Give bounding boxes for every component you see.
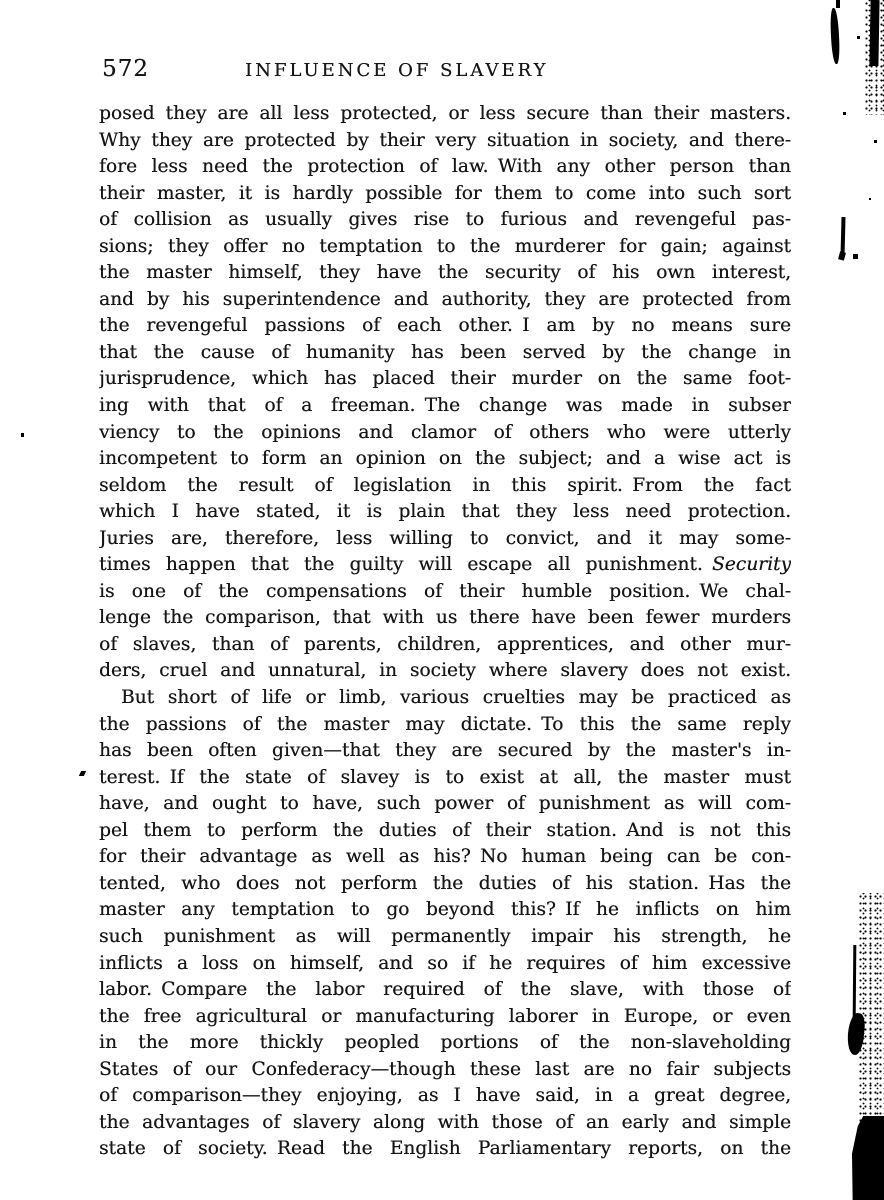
text-line: States of our Confederacy—though these l…	[99, 1057, 791, 1084]
text-line: has been often given—that they are secur…	[99, 738, 791, 765]
text-line: the revengeful passions of each other. I…	[99, 313, 791, 340]
scan-artifact-edge-noise-bottom	[858, 893, 884, 1128]
text-line: and by his superintendence and authority…	[99, 287, 791, 314]
text-line: ing with that of a freeman. The change w…	[99, 393, 791, 420]
text-line: the advantages of slavery along with tho…	[99, 1110, 791, 1137]
text-line: labor. Compare the labor required of the…	[99, 977, 791, 1004]
scan-artifact-ink-streak	[830, 8, 841, 64]
text-line: which I have stated, it is plain that th…	[99, 499, 791, 526]
scan-artifact-edge-strip	[869, 0, 879, 66]
text-line: lenge the comparison, that with us there…	[99, 605, 791, 632]
text-line: of comparison—they enjoying, as I have s…	[99, 1083, 791, 1110]
text-line: ders, cruel and unnatural, in society wh…	[99, 658, 791, 685]
text-line: such punishment as will permanently impa…	[99, 924, 791, 951]
text-line: the free agricultural or manufacturing l…	[99, 1004, 791, 1031]
scan-artifact-left-margin-tick	[79, 771, 86, 776]
text-line: sions; they offer no temptation to the m…	[99, 234, 791, 261]
scan-artifact-margin-line-foot	[838, 251, 846, 260]
text-line: inflicts a loss on himself, and so if he…	[99, 951, 791, 978]
text-line: incompetent to form an opinion on the su…	[99, 446, 791, 473]
text-line: master any temptation to go beyond this?…	[99, 897, 791, 924]
running-title: INFLUENCE OF SLAVERY	[245, 60, 548, 81]
scan-artifact-corner-black	[852, 1116, 884, 1200]
scan-artifact-dot	[874, 140, 877, 143]
text-line: state of society. Read the English Parli…	[99, 1136, 791, 1163]
book-page: 572 INFLUENCE OF SLAVERY posed they are …	[0, 0, 884, 1200]
text-line: of slaves, than of parents, children, ap…	[99, 632, 791, 659]
text-line: have, and ought to have, such power of p…	[99, 791, 791, 818]
text-line: of collision as usually gives rise to fu…	[99, 207, 791, 234]
text-line: pel them to perform the duties of their …	[99, 818, 791, 845]
scan-artifact-left-margin-dot	[21, 433, 24, 437]
text-line: that the cause of humanity has been serv…	[99, 340, 791, 367]
scan-artifact-dot	[869, 198, 871, 200]
text-line: jurisprudence, which has placed their mu…	[99, 366, 791, 393]
text-line: in the more thickly peopled portions of …	[99, 1030, 791, 1057]
text-line: Why they are protected by their very sit…	[99, 128, 791, 155]
text-line: for their advantage as well as his? No h…	[99, 844, 791, 871]
text-line: the passions of the master may dictate. …	[99, 712, 791, 739]
text-line: viency to the opinions and clamor of oth…	[99, 420, 791, 447]
text-line: But short of life or limb, various cruel…	[99, 685, 791, 712]
text-line: posed they are all less protected, or le…	[99, 101, 791, 128]
page-number: 572	[102, 56, 149, 82]
text-line: Juries are, therefore, less willing to c…	[99, 526, 791, 553]
scan-artifact-ink-tick	[836, 0, 840, 8]
text-line: their master, it is hardly possible for …	[99, 181, 791, 208]
text-line: is one of the compensations of their hum…	[99, 579, 791, 606]
text-line: seldom the result of legislation in this…	[99, 473, 791, 500]
text-line: the master himself, they have the securi…	[99, 260, 791, 287]
text-line: tented, who does not perform the duties …	[99, 871, 791, 898]
scan-artifact-margin-line	[840, 217, 845, 257]
scan-artifact-edge-noise-top	[864, 0, 884, 115]
page-text: posed they are all less protected, or le…	[99, 101, 791, 1163]
scan-artifact-ink-blob	[846, 1012, 866, 1055]
scan-artifact-dot	[857, 36, 860, 39]
text-line: terest. If the state of slavey is to exi…	[99, 765, 791, 792]
text-line: fore less need the protection of law. Wi…	[99, 154, 791, 181]
text-line: times happen that the guilty will escape…	[99, 552, 791, 579]
scan-artifact-dash	[853, 254, 858, 259]
scan-artifact-bottom-line	[853, 945, 857, 1020]
scan-artifact-dot	[843, 112, 846, 115]
